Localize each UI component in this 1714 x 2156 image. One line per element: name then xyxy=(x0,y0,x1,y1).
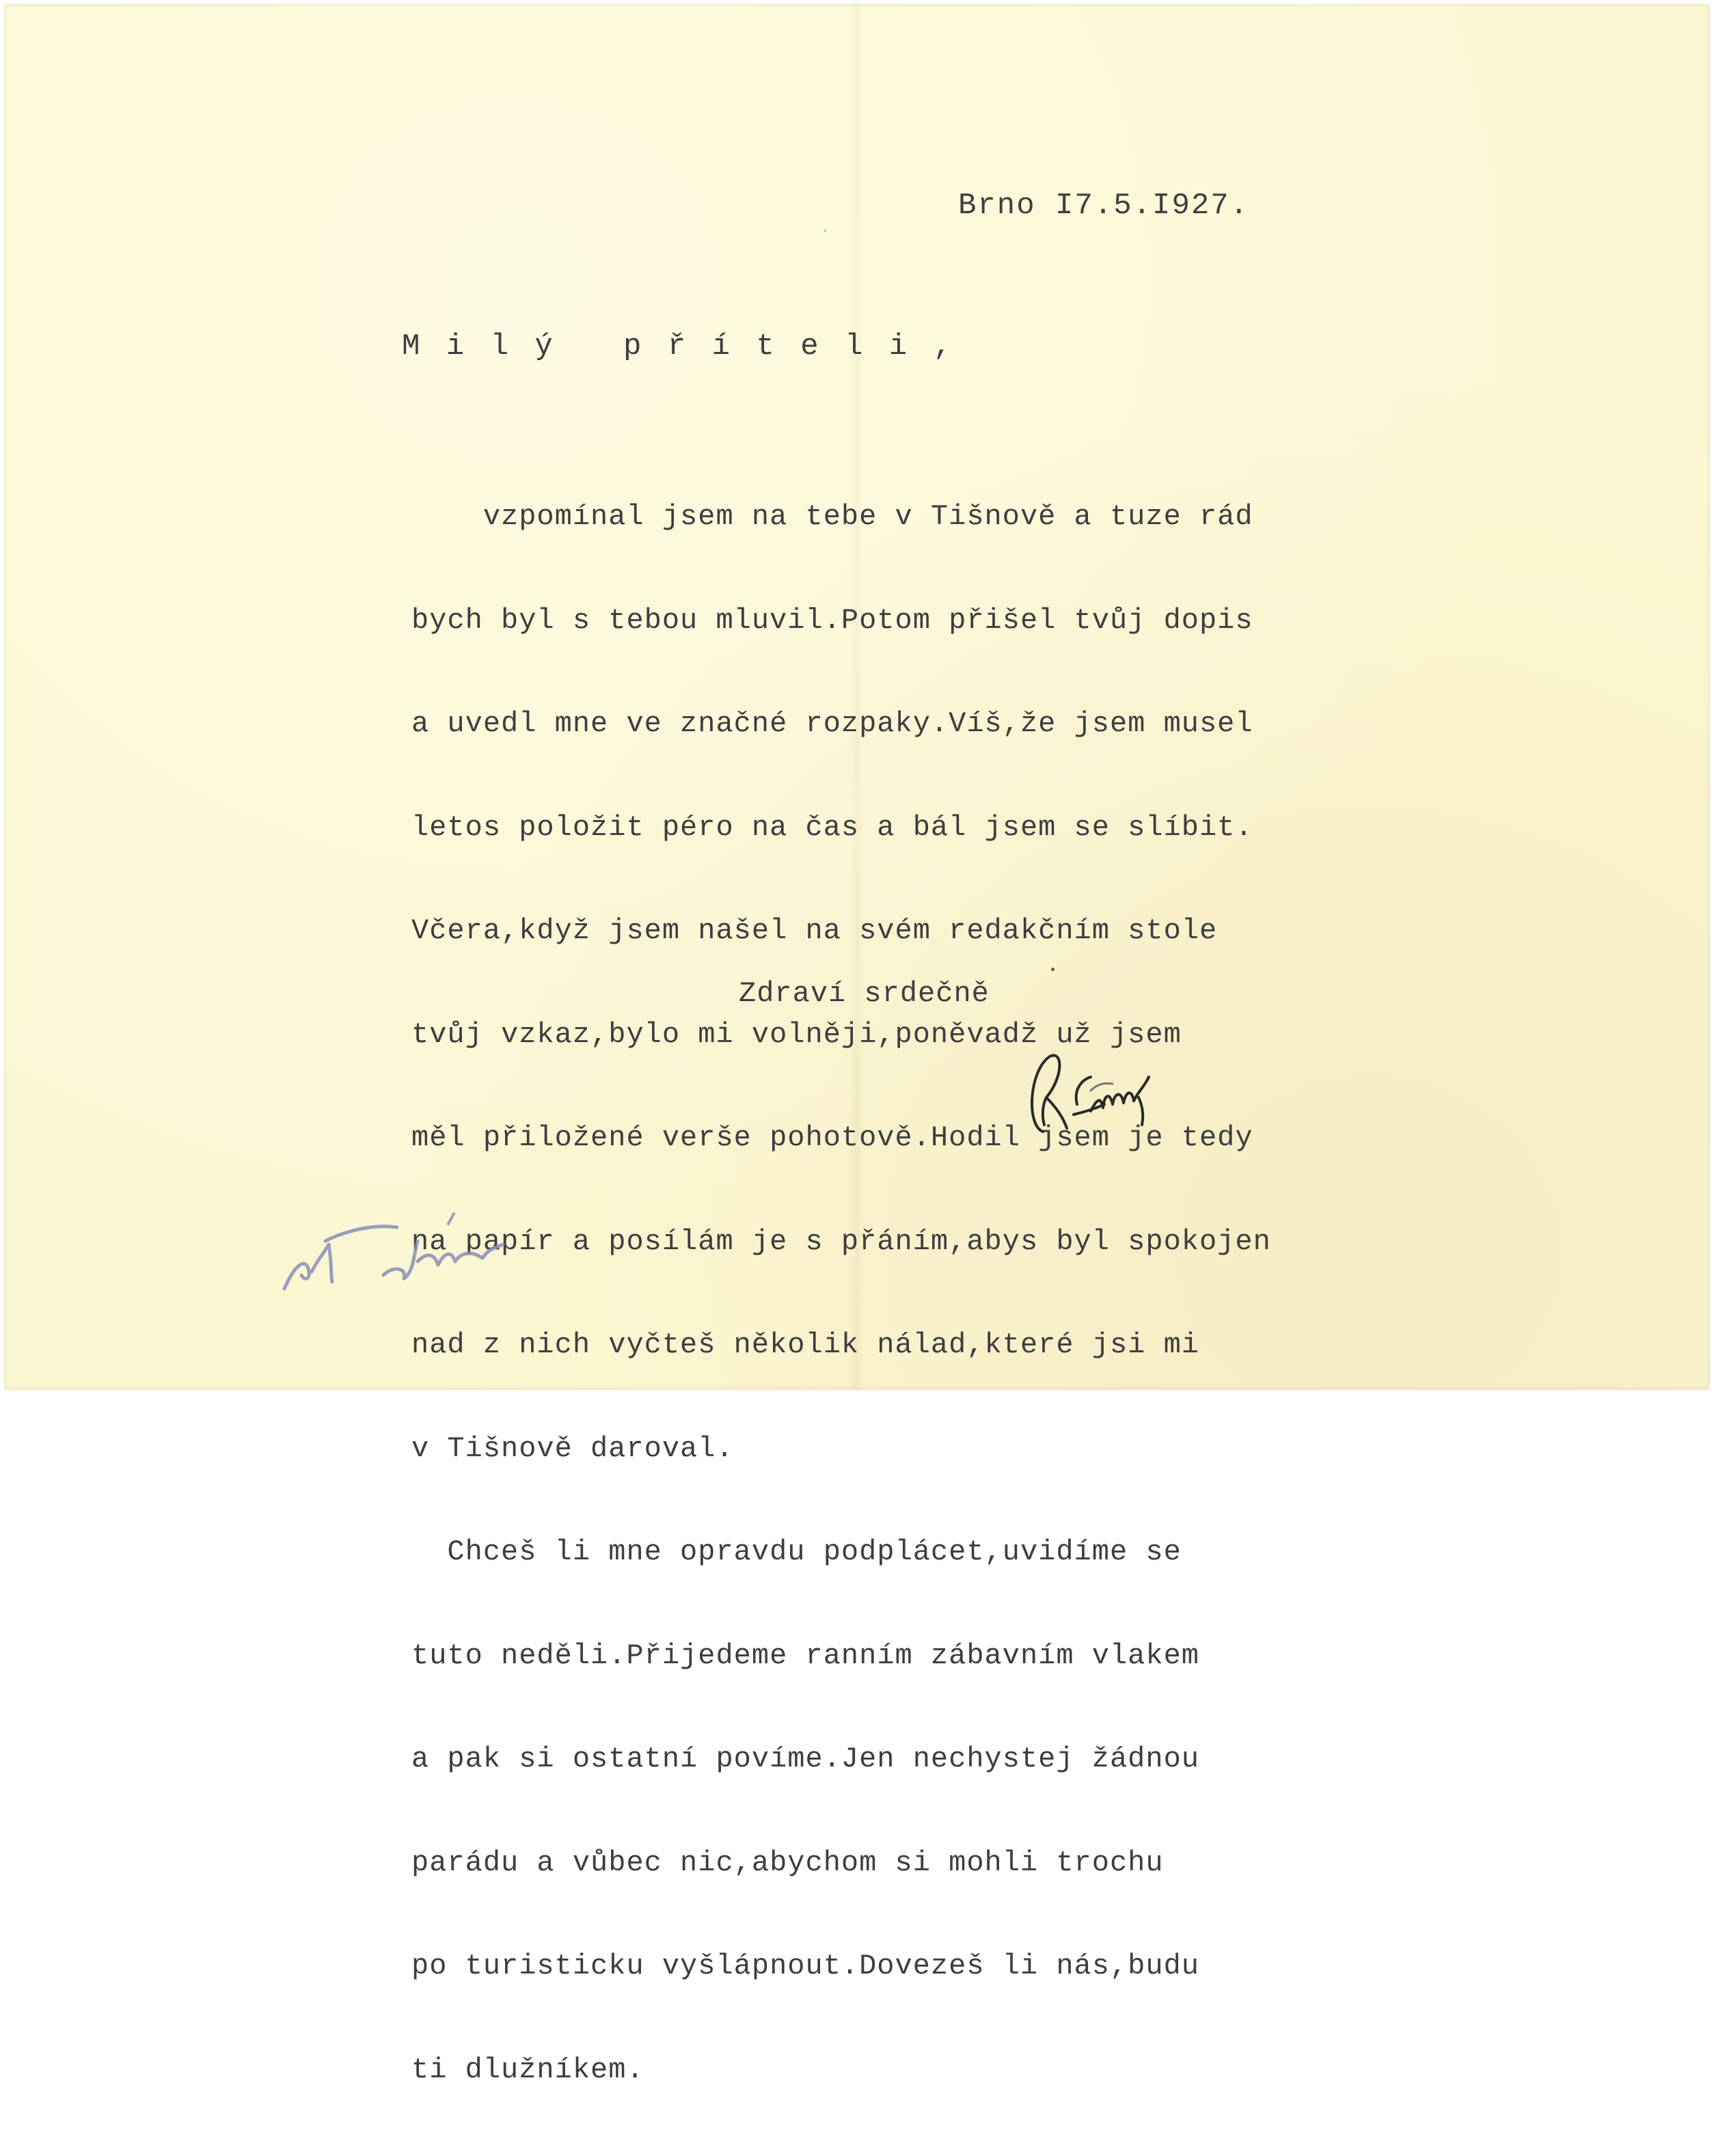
closing: Zdraví srdečně xyxy=(739,977,990,1010)
place-and-date: Brno I7.5.I927. xyxy=(958,189,1249,223)
body-line: vzpomínal jsem na tebe v Tišnově a tuze … xyxy=(411,500,1271,534)
body-line: letos položit péro na čas a bál jsem se … xyxy=(411,810,1271,845)
salutation: M i l ý p ř í t e l i , xyxy=(402,329,955,364)
letter-paper: Brno I7.5.I927. M i l ý p ř í t e l i , … xyxy=(4,4,1710,1390)
ink-speck xyxy=(824,230,826,232)
body-line: Včera,když jsem našel na svém redakčním … xyxy=(411,914,1271,949)
body-line: na papír a posílám je s přáním,abys byl … xyxy=(411,1225,1271,1259)
handwritten-signature xyxy=(1022,1050,1214,1145)
body-line: bych byl s tebou mluvil.Potom přišel tvů… xyxy=(411,603,1271,638)
body-line: a uvedl mne ve značné rozpaky.Víš,že jse… xyxy=(411,707,1271,741)
pencil-annotation xyxy=(277,1210,510,1299)
ink-speck xyxy=(1051,968,1055,971)
body-line: tvůj vzkaz,bylo mi volněji,poněvadž už j… xyxy=(411,1018,1271,1052)
body-line: nad z nich vyčteš několik nálad,které js… xyxy=(411,1328,1271,1363)
letter-body: vzpomínal jsem na tebe v Tišnově a tuze … xyxy=(411,431,1271,1397)
